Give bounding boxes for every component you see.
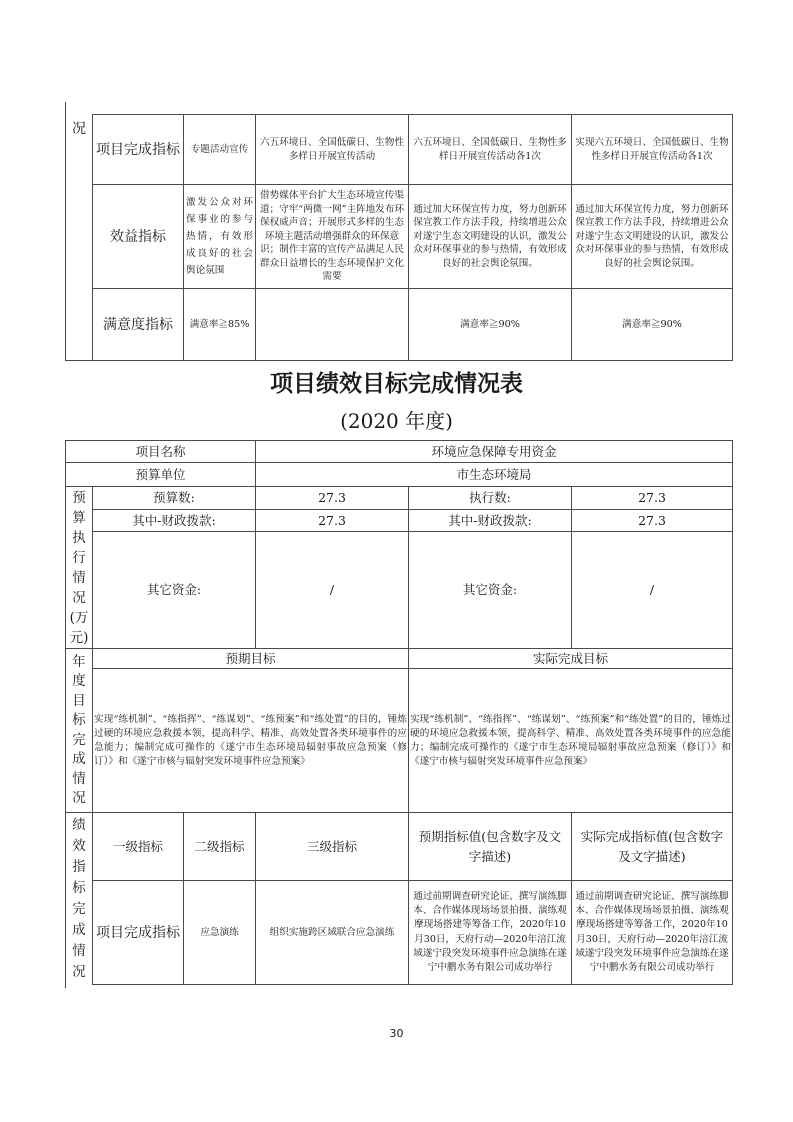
budget-amount-label: 预算数:	[93, 487, 255, 509]
expected-value: 通过加大环保宣传力度，努力创新环保宣教工作方法手段，持续增进公众对遂宁生态文明建…	[409, 185, 571, 288]
fiscal-allocation-value: 27.3	[256, 510, 408, 531]
level1-indicator: 项目完成指标	[93, 881, 183, 984]
performance-side-label: 绩 效 指 标 完 成 情 况	[66, 813, 92, 985]
annual-goal-side-label: 年 度 目 标 完 成 情 况	[66, 649, 92, 812]
side-char: 目	[72, 692, 86, 712]
table-border	[732, 114, 733, 360]
side-char: 绩	[72, 815, 86, 836]
side-char: 效	[72, 836, 86, 857]
level2-indicator: 激发公众对环保事业的参与热情，有效形成良好的社会舆论氛围	[184, 185, 255, 288]
side-char: 标	[72, 711, 86, 731]
side-char: 成	[72, 920, 86, 941]
side-char: 元)	[70, 628, 89, 648]
actual-value: 通过前期调查研究论证、撰写演练脚本、合作媒体现场场景拍摄、演练观摩现场搭建等筹备…	[572, 881, 732, 984]
actual-value: 实现六五环境日、全国低碳日、生物性多样日开展宣传活动各1次	[572, 115, 732, 184]
side-char: 况	[72, 962, 86, 983]
side-char: 指	[72, 857, 86, 878]
actual-goal-header: 实际完成目标	[409, 649, 732, 668]
actual-value: 通过加大环保宣传力度，努力创新环保宣教工作方法手段，持续增进公众对遂宁生态文明建…	[572, 185, 732, 288]
level3-indicator	[256, 289, 408, 360]
side-char: 情	[72, 941, 86, 962]
level3-indicator: 组织实施跨区域联合应急演练	[256, 881, 408, 984]
expected-value: 满意率≧90%	[409, 289, 571, 360]
header-level2: 二级指标	[184, 813, 255, 880]
level2-indicator: 专题活动宣传	[184, 115, 255, 184]
side-char: 完	[72, 731, 86, 751]
budget-execution-side-label: 预 算 执 行 情 况 (万 元)	[66, 487, 92, 648]
fiscal-allocation-executed-value: 27.3	[572, 510, 732, 531]
level1-indicator: 项目完成指标	[93, 115, 183, 184]
level3-indicator: 借势媒体平台扩大生态环境宣传渠道；守牢“两微一网”主阵地发布环保权威声音；开展形…	[256, 185, 408, 288]
side-char: (万	[70, 608, 89, 628]
side-char: 执	[72, 528, 86, 548]
project-name-value: 环境应急保障专用资金	[256, 441, 732, 462]
level1-indicator: 效益指标	[93, 185, 183, 288]
table-border	[65, 360, 733, 361]
other-funds-executed-value: /	[572, 532, 732, 648]
side-char: 情	[72, 568, 86, 588]
side-char: 成	[72, 750, 86, 770]
side-char: 情	[72, 770, 86, 790]
other-funds-executed-label: 其它资金:	[409, 532, 571, 648]
header-level1: 一级指标	[93, 813, 183, 880]
side-char: 况	[72, 789, 86, 809]
expected-goal-header: 预期目标	[93, 649, 408, 668]
side-char: 算	[72, 508, 86, 528]
side-label-fragment: 况	[66, 114, 92, 144]
header-level3: 三级指标	[256, 813, 408, 880]
budget-unit-value: 市生态环境局	[256, 463, 732, 486]
executed-amount-label: 执行数:	[409, 487, 571, 509]
side-char: 行	[72, 548, 86, 568]
level2-indicator: 应急演练	[184, 881, 255, 984]
actual-goal-text: 实现“练机制”、“练指挥”、“练谋划”、“练预案”和“练处置”的目的，锤炼过硬的…	[409, 669, 732, 812]
table-border	[732, 440, 733, 985]
level2-indicator: 满意率≧85%	[184, 289, 255, 360]
level1-indicator: 满意度指标	[93, 289, 183, 360]
project-name-label: 项目名称	[66, 441, 255, 462]
budget-amount-value: 27.3	[256, 487, 408, 509]
expected-value: 六五环境日、全国低碳日、生物性多样日开展宣传活动各1次	[409, 115, 571, 184]
page-number: 30	[0, 1027, 793, 1041]
side-char: 度	[72, 672, 86, 692]
side-char: 完	[72, 899, 86, 920]
fiscal-allocation-executed-label: 其中-财政拨款:	[409, 510, 571, 531]
header-expected-value: 预期指标值(包含数字及文字描述)	[409, 813, 571, 880]
expected-value: 通过前期调查研究论证、撰写演练脚本、合作媒体现场场景拍摄、演练观摩现场搭建等筹备…	[409, 881, 571, 984]
side-char: 标	[72, 878, 86, 899]
other-funds-label: 其它资金:	[93, 532, 255, 648]
actual-value: 满意率≧90%	[572, 289, 732, 360]
level3-indicator: 六五环境日、全国低碳日、生物性多样日开展宣传活动	[256, 115, 408, 184]
page-title: 项目绩效目标完成情况表	[0, 368, 793, 400]
executed-amount-value: 27.3	[572, 487, 732, 509]
expected-goal-text: 实现“练机制”、“练指挥”、“练谋划”、“练预案”和“练处置”的目的，锤炼过硬的…	[93, 669, 408, 812]
fiscal-allocation-label: 其中-财政拨款:	[93, 510, 255, 531]
table-border	[92, 984, 733, 985]
page-subtitle: (2020 年度)	[0, 407, 793, 435]
side-char: 年	[72, 653, 86, 673]
other-funds-value: /	[256, 532, 408, 648]
header-actual-value: 实际完成指标值(包含数字及文字描述)	[572, 813, 732, 880]
side-char: 预	[72, 488, 86, 508]
side-char: 况	[72, 588, 86, 608]
budget-unit-label: 预算单位	[66, 463, 255, 486]
